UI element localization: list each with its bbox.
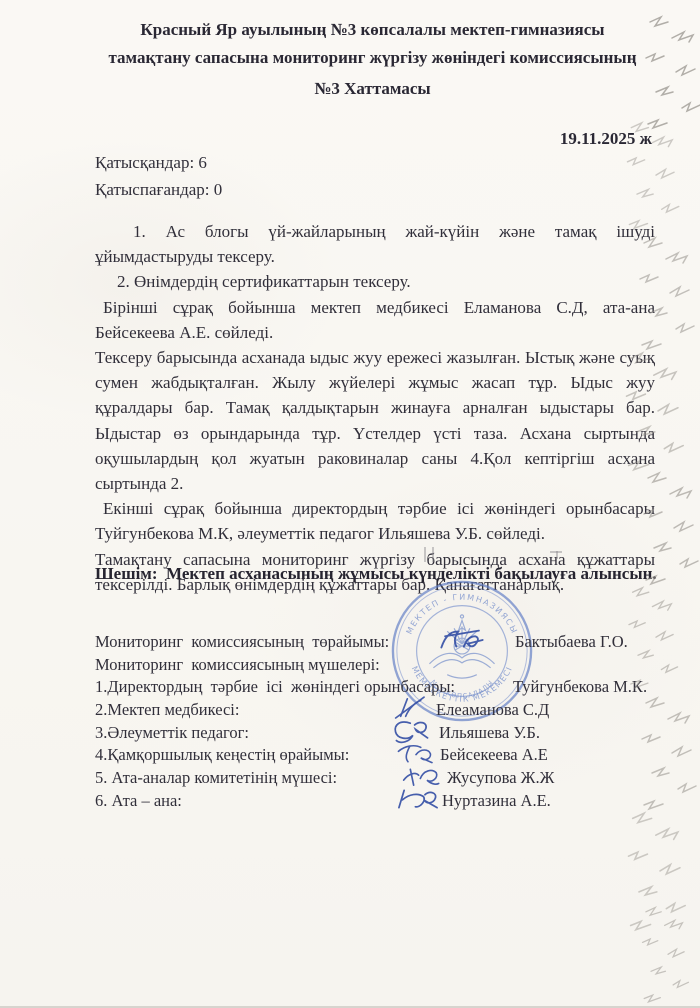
scanned-protocol-document: Красный Яр ауылының №3 көпсалалы мектеп-… [0, 0, 700, 1008]
scan-noise [610, 0, 700, 1008]
signature-scribble-icon [392, 784, 444, 814]
signature-row-parent-committee-member: 5. Ата-аналар комитетінің мүшесі: Жусупо… [95, 768, 675, 791]
signature-block: Мониторинг комиссиясының төрайымы: Бакты… [95, 632, 675, 814]
signature-name: Бейсекеева А.Е [440, 745, 548, 765]
agenda-item-1: 1. Ас блогы үй-жайларының жай-күйін және… [95, 219, 655, 269]
stray-mark [424, 547, 426, 562]
agenda-item-2: 2. Өнімдердің сертификаттарын тексеру. [95, 269, 655, 294]
document-body: 1. Ас блогы үй-жайларының жай-күйін және… [95, 219, 655, 597]
signature-row-members-header: Мониторинг комиссиясының мүшелері: [95, 655, 675, 678]
document-title: Красный Яр ауылының №3 көпсалалы мектеп-… [85, 16, 660, 103]
signature-label: 2.Мектеп медбикесі: [95, 700, 239, 720]
stray-mark [556, 551, 558, 559]
signature-row-deputy-director: 1.Директордың тәрбие ісі жөніндегі орынб… [95, 677, 675, 700]
signature-label: 6. Ата – ана: [95, 791, 182, 811]
title-line-2: тамақтану сапасына мониторинг жүргізу жө… [85, 44, 660, 72]
title-line-1: Красный Яр ауылының №3 көпсалалы мектеп-… [85, 16, 660, 44]
stray-mark [432, 547, 434, 562]
paragraph-inspection-findings: Тексеру барысында асханада ыдыс жуу ереж… [95, 345, 655, 496]
signature-label: 3.Әлеуметтік педагог: [95, 723, 249, 743]
signature-label: Мониторинг комиссиясының мүшелері: [95, 655, 380, 675]
attendance-block: Қатысқандар: 6 Қатыспағандар: 0 [95, 149, 222, 203]
signature-name: Елеаманова С.Д [436, 700, 549, 720]
signature-row-chairwoman: Мониторинг комиссиясының төрайымы: Бакты… [95, 632, 675, 655]
signature-scribble-icon [433, 625, 491, 655]
paragraph-first-question: Бірінші сұрақ бойынша мектеп медбикесі Е… [95, 295, 655, 345]
signature-row-guardianship-chair: 4.Қамқоршылық кеңестің өрайымы: Бейсекее… [95, 745, 675, 768]
paragraph-second-question: Екінші сұрақ бойынша директордың тәрбие … [95, 496, 655, 546]
signature-name: Жусупова Ж.Ж [447, 768, 554, 788]
title-line-3: №3 Хаттамасы [85, 75, 660, 103]
signature-row-parent: 6. Ата – ана: Нуртазина А.Е. [95, 791, 675, 814]
signature-row-school-nurse: 2.Мектеп медбикесі: Елеаманова С.Д [95, 700, 675, 723]
signature-label: Мониторинг комиссиясының төрайымы: [95, 632, 389, 652]
signature-name: Ильяшева У.Б. [439, 723, 540, 743]
signature-label: 4.Қамқоршылық кеңестің өрайымы: [95, 745, 349, 765]
decision-line: Шешім: Мектеп асханасының жұмысы күнделі… [95, 562, 670, 586]
attendance-present: Қатысқандар: 6 [95, 149, 222, 176]
signature-name: Нуртазина А.Е. [442, 791, 551, 811]
attendance-absent: Қатыспағандар: 0 [95, 176, 222, 203]
signature-row-social-pedagogue: 3.Әлеуметтік педагог: Ильяшева У.Б. [95, 723, 675, 746]
signature-label: 5. Ата-аналар комитетінің мүшесі: [95, 768, 337, 788]
